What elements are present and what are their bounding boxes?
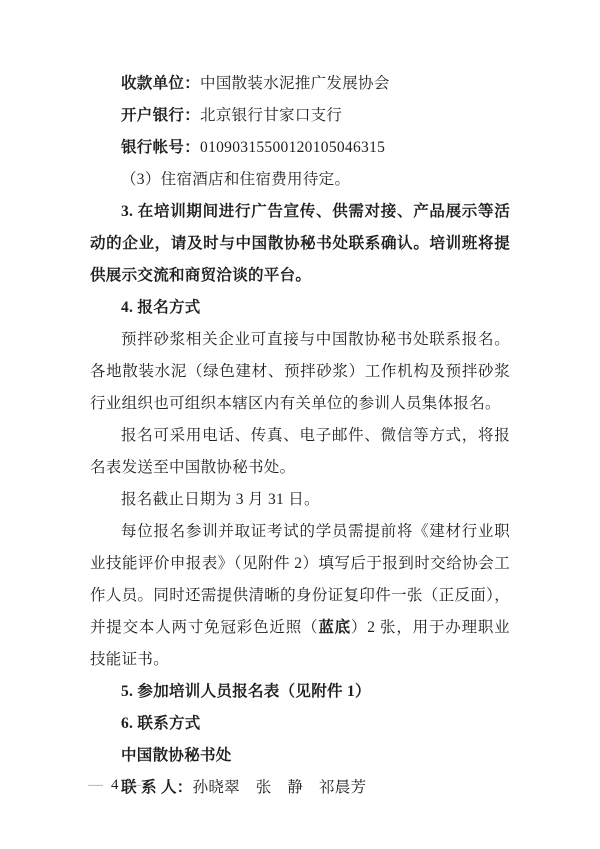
org-name: 中国散协秘书处 bbox=[90, 740, 510, 772]
account-value: 01090315500120105046315 bbox=[200, 139, 385, 156]
item3-paragraph: 3. 在培训期间进行广告宣传、供需对接、产品展示等活动的企业，请及时与中国散协秘… bbox=[90, 196, 510, 292]
materials-bold-blue-background: 蓝底 bbox=[318, 619, 351, 636]
item4-heading: 4. 报名方式 bbox=[90, 292, 510, 324]
signup-paragraph-2: 报名可采用电话、传真、电子邮件、微信等方式，将报名表发送至中国散协秘书处。 bbox=[90, 420, 510, 484]
item5-heading: 5. 参加培训人员报名表（见附件 1） bbox=[90, 676, 510, 708]
contacts-names: 孙晓翠 张 静 祁晨芳 bbox=[193, 779, 367, 796]
payee-value: 中国散装水泥推广发展协会 bbox=[200, 75, 390, 92]
lodging-note: （3）住宿酒店和住宿费用待定。 bbox=[90, 164, 510, 196]
bank-value: 北京银行甘家口支行 bbox=[200, 107, 342, 124]
document-page: 收款单位：中国散装水泥推广发展协会 开户银行：北京银行甘家口支行 银行帐号：01… bbox=[0, 0, 600, 849]
footer-dash-right: — bbox=[127, 777, 143, 793]
bank-label: 开户银行： bbox=[121, 107, 200, 124]
payee-label: 收款单位： bbox=[121, 75, 200, 92]
account-label: 银行帐号： bbox=[121, 139, 200, 156]
item6-heading: 6. 联系方式 bbox=[90, 708, 510, 740]
page-number: 4 bbox=[111, 777, 120, 793]
materials-paragraph: 每位报名参训并取证考试的学员需提前将《建材行业职业技能评价申报表》（见附件 2）… bbox=[90, 516, 510, 676]
deadline-paragraph: 报名截止日期为 3 月 31 日。 bbox=[90, 484, 510, 516]
footer-dash-left: — bbox=[88, 777, 104, 793]
page-footer: —4— bbox=[88, 775, 143, 795]
contacts-line: 联 系 人：孙晓翠 张 静 祁晨芳 bbox=[90, 772, 510, 804]
account-line: 银行帐号：01090315500120105046315 bbox=[90, 132, 510, 164]
bank-line: 开户银行：北京银行甘家口支行 bbox=[90, 100, 510, 132]
payee-line: 收款单位：中国散装水泥推广发展协会 bbox=[90, 68, 510, 100]
document-content: 收款单位：中国散装水泥推广发展协会 开户银行：北京银行甘家口支行 银行帐号：01… bbox=[90, 68, 510, 804]
signup-paragraph-1: 预拌砂浆相关企业可直接与中国散协秘书处联系报名。各地散装水泥（绿色建材、预拌砂浆… bbox=[90, 324, 510, 420]
